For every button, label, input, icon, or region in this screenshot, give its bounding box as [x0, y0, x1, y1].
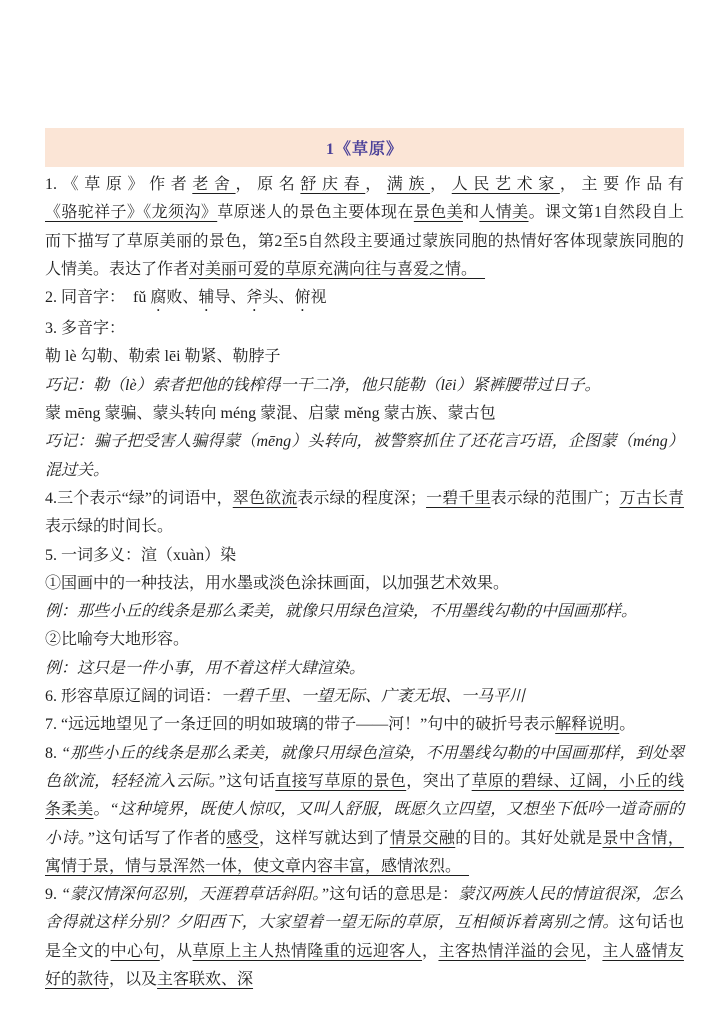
text-run: ①国画中的一种技法，用水墨或淡色涂抹画面，以加强艺术效果。 [45, 575, 509, 592]
text-run: 4.三个表示“绿”的词语中， [45, 490, 233, 507]
underlined-text: 对美丽可爱的草原充满向往与喜爱之情。 [189, 261, 485, 278]
underlined-text: 人情美 [479, 204, 528, 221]
text-run: 表示绿的范围广； [491, 490, 620, 507]
kai-style-text: 例：那些小丘的线条是那么柔美，就像只用绿色渲染，不用墨线勾勒的中国画那样。 [45, 603, 637, 620]
text-run: ， [430, 176, 452, 193]
underlined-text: 万古长青 [619, 490, 683, 507]
text-run: 头、 [262, 289, 294, 306]
underlined-text: 舒庆春 [300, 176, 365, 193]
underlined-text: 感受 [226, 830, 259, 847]
text-run: 这句话的意思是： [329, 886, 458, 903]
text-run: ，以及 [109, 971, 157, 988]
text-run: 5. 一词多义：渲（xuàn）染 [45, 547, 236, 564]
kai-style-text: 一碧千里、一望无际、广袤无垠、一马平川 [221, 688, 525, 705]
text-run: ， [365, 176, 387, 193]
text-run: ， [586, 943, 602, 960]
underlined-text: 解释说明 [555, 716, 619, 733]
kai-style-text: “蒙汉情深何忍别，天涯碧草话斜阳。” [61, 886, 329, 903]
underlined-text: 景色美 [414, 204, 463, 221]
paragraph: 巧记：骗子把受害人骗得蒙（mēng）头转向，被警察抓住了还花言巧语，企图蒙（mé… [45, 428, 684, 485]
text-run: 视 [310, 289, 326, 306]
paragraph: 例：那些小丘的线条是那么柔美，就像只用绿色渲染，不用墨线勾勒的中国画那样。 [45, 598, 684, 626]
text-run: 。 [619, 716, 635, 733]
text-run: 勒 lè 勾勒、勒索 lēi 勒紧、勒脖子 [45, 348, 281, 365]
text-run: ， [422, 943, 438, 960]
document-body: 1.《草原》作者老舍，原名舒庆春，满族，人民艺术家，主要作品有《骆驼祥子》《龙须… [45, 171, 684, 994]
text-run: 7. “远远地望见了一条迂回的明如玻璃的带子——河！”句中的破折号表示 [45, 716, 555, 733]
dot-emphasis-text: 辅 [198, 289, 214, 306]
paragraph: 8. “那些小丘的线条是那么柔美，就像只用绿色渲染，不用墨线勾勒的中国画那样，到… [45, 740, 684, 881]
page-content: 1《草原》 1.《草原》作者老舍，原名舒庆春，满族，人民艺术家，主要作品有《骆驼… [45, 128, 684, 994]
dot-emphasis-text: 斧 [246, 289, 262, 306]
text-run: 草原迷人的景色主要体现在 [217, 204, 414, 221]
document-page: 1《草原》 1.《草原》作者老舍，原名舒庆春，满族，人民艺术家，主要作品有《骆驼… [0, 0, 724, 1024]
text-run: 蒙 mēng 蒙骗、蒙头转向 méng 蒙混、启蒙 měng 蒙古族、蒙古包 [45, 405, 496, 422]
text-run: 的目的。其好处就是 [455, 830, 602, 847]
paragraph: ②比喻夸大地形容。 [45, 626, 684, 654]
kai-style-text: 巧记：骗子把受害人骗得蒙（mēng）头转向，被警察抓住了还花言巧语，企图蒙（mé… [45, 433, 684, 478]
underlined-text: 一碧千里 [426, 490, 491, 507]
kai-style-text: 巧记：勒（lè）索者把他的钱榨得一干二净，他只能勒（lēi）紧裤腰带过日子。 [45, 377, 601, 394]
text-run: 这句话写了作者的 [95, 830, 226, 847]
text-run: 3. 多音字： [45, 320, 125, 337]
text-run: 8. [45, 745, 61, 762]
paragraph: 3. 多音字： [45, 315, 684, 343]
paragraph: 2. 同音字： fǔ 腐败、辅导、斧头、俯视 [45, 284, 684, 315]
text-run: 败、 [166, 289, 198, 306]
text-run: 1.《草原》作者 [45, 176, 192, 193]
underlined-text: 满族 [387, 176, 430, 193]
text-run: ，原名 [236, 176, 301, 193]
dot-emphasis-text: 俯 [294, 289, 310, 306]
paragraph: 4.三个表示“绿”的词语中，翠色欲流表示绿的程度深；一碧千里表示绿的范围广；万古… [45, 485, 684, 542]
text-run: 表示绿的程度深； [297, 490, 426, 507]
paragraph: 9. “蒙汉情深何忍别，天涯碧草话斜阳。”这句话的意思是：蒙汉两族人民的情谊很深… [45, 881, 684, 994]
paragraph: 5. 一词多义：渲（xuàn）染 [45, 542, 684, 570]
kai-style-text: 例：这只是一件小事，用不着这样大肆渲染。 [45, 660, 365, 677]
paragraph: ①国画中的一种技法，用水墨或淡色涂抹画面，以加强艺术效果。 [45, 570, 684, 598]
text-run: ，从 [160, 943, 193, 960]
text-run: 2. 同音字： fǔ [45, 289, 150, 306]
paragraph: 巧记：勒（lè）索者把他的钱榨得一干二净，他只能勒（lēi）紧裤腰带过日子。 [45, 372, 684, 400]
underlined-text: 老舍 [192, 176, 235, 193]
dot-emphasis-text: 腐 [150, 289, 166, 306]
text-run: 导、 [214, 289, 246, 306]
paragraph: 6. 形容草原辽阔的词语：一碧千里、一望无际、广袤无垠、一马平川 [45, 683, 684, 711]
text-run: 。 [93, 801, 109, 818]
section-title: 1《草原》 [326, 136, 403, 159]
paragraph: 蒙 mēng 蒙骗、蒙头转向 méng 蒙混、启蒙 měng 蒙古族、蒙古包 [45, 400, 684, 428]
paragraph: 例：这只是一件小事，用不着这样大肆渲染。 [45, 655, 684, 683]
underlined-text: 主客热情洋溢的会见 [438, 943, 586, 960]
underlined-text: 翠色欲流 [233, 490, 297, 507]
section-title-banner: 1《草原》 [45, 128, 684, 167]
underlined-text: 《骆驼祥子》《龙须沟》 [45, 204, 217, 221]
paragraph: 勒 lè 勾勒、勒索 lēi 勒紧、勒脖子 [45, 343, 684, 371]
text-run: 和 [463, 204, 479, 221]
underlined-text: 主客联欢、深 [157, 971, 253, 988]
underlined-text: 草原上主人热情隆重的远迎客人 [193, 943, 422, 960]
underlined-text: 中心句 [111, 943, 160, 960]
underlined-text: 情景交融 [390, 830, 455, 847]
text-run: ，突出了 [406, 773, 471, 790]
text-run: ，主要作品有 [560, 176, 684, 193]
text-run: 这句话 [226, 773, 275, 790]
underlined-text: 人民艺术家 [452, 176, 560, 193]
underlined-text: 直接写草原的景色 [275, 773, 406, 790]
text-run: 表示绿的时间长。 [45, 518, 173, 535]
text-run: ，这样写就达到了 [259, 830, 390, 847]
text-run: 6. 形容草原辽阔的词语： [45, 688, 221, 705]
paragraph: 7. “远远地望见了一条迂回的明如玻璃的带子——河！”句中的破折号表示解释说明。 [45, 711, 684, 739]
text-run: 9. [45, 886, 61, 903]
paragraph: 1.《草原》作者老舍，原名舒庆春，满族，人民艺术家，主要作品有《骆驼祥子》《龙须… [45, 171, 684, 284]
text-run: ②比喻夸大地形容。 [45, 631, 189, 648]
